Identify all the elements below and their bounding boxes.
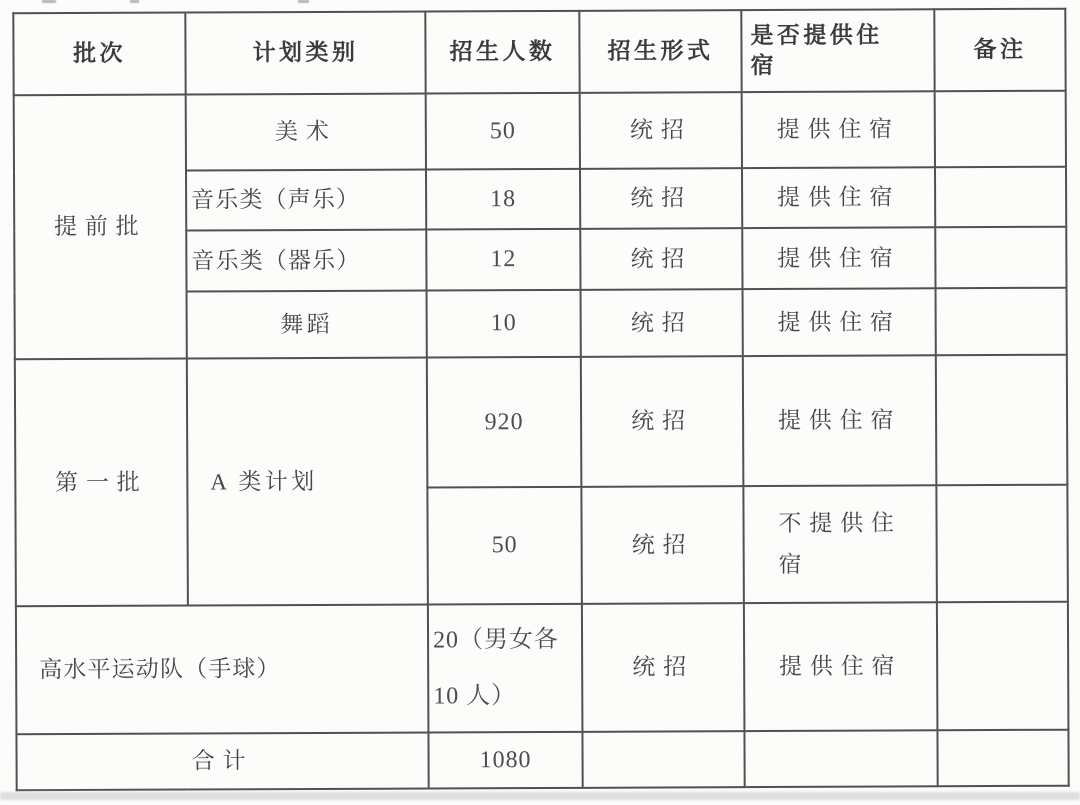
batch-cell-sports-team: 高水平运动队（手球）: [16, 604, 429, 734]
batch-cell-first: 第一批: [15, 359, 188, 607]
count-cell-plan-a-920: 920: [427, 357, 582, 488]
enrollment-plan-table: 批次 计划类别 招生人数 招生形式 是否提供住 宿 备注 提前批 美术 50 统…: [12, 8, 1069, 792]
housing-cell-art: 提供住宿: [742, 91, 935, 168]
count-cell-instrumental: 12: [426, 229, 580, 291]
scan-artifact: [298, 0, 309, 3]
housing-cell-dance: 提供住宿: [743, 288, 936, 356]
remark-cell-plan-a-920: [936, 355, 1068, 486]
housing-cell-plan-a-920: 提供住宿: [743, 355, 937, 486]
remark-cell-vocal: [935, 167, 1066, 228]
housing-cell-plan-a-50: 不提供住 宿: [743, 485, 937, 603]
table-row-plan-a-920: 第一批 A 类计划 920 统招 提供住宿: [15, 355, 1068, 490]
header-housing-text: 是否提供住 宿: [750, 21, 883, 81]
remark-cell-plan-a-50: [936, 485, 1068, 603]
remark-cell-dance: [936, 288, 1067, 356]
form-cell-vocal: 统招: [580, 168, 742, 229]
category-cell-dance: 舞蹈: [187, 290, 427, 358]
housing-cell-plan-a-50-text: 不提供住 宿: [778, 504, 902, 585]
count-cell-art: 50: [426, 93, 580, 170]
form-cell-plan-a-50: 统招: [581, 486, 744, 604]
header-row: 批次 计划类别 招生人数 招生形式 是否提供住 宿 备注: [13, 9, 1065, 96]
housing-cell-vocal: 提供住宿: [742, 167, 935, 228]
header-housing: 是否提供住 宿: [741, 9, 934, 92]
form-cell-plan-a-920: 统招: [581, 356, 744, 487]
count-cell-dance: 10: [427, 290, 581, 358]
total-housing-cell-empty: [744, 730, 937, 787]
remark-cell-instrumental: [935, 227, 1066, 289]
form-cell-instrumental: 统招: [580, 228, 742, 290]
housing-cell-instrumental: 提供住宿: [742, 227, 935, 289]
header-form: 招生形式: [579, 10, 741, 93]
table-row-sports-team: 高水平运动队（手球） 20（男女各 10 人） 统招 提供住宿: [16, 602, 1069, 735]
count-cell-sports-team: 20（男女各 10 人）: [428, 604, 583, 733]
total-form-cell-empty: [582, 731, 744, 788]
category-cell-instrumental: 音乐类（器乐）: [186, 229, 426, 291]
table-row-art: 提前批 美术 50 统招 提供住宿: [14, 91, 1066, 172]
total-remark-cell-empty: [937, 730, 1068, 787]
category-cell-art: 美术: [186, 94, 426, 171]
count-cell-sports-team-text: 20（男女各 10 人）: [433, 612, 559, 725]
header-count: 招生人数: [425, 11, 579, 94]
category-cell-plan-a: A 类计划: [187, 357, 428, 605]
count-cell-vocal: 18: [426, 169, 580, 230]
category-cell-vocal: 音乐类（声乐）: [186, 169, 426, 230]
header-batch: 批次: [13, 13, 185, 96]
total-label-cell: 合计: [16, 732, 428, 790]
scan-shadow-strip: [0, 792, 1080, 800]
housing-cell-sports-team: 提供住宿: [744, 602, 938, 731]
remark-cell-sports-team: [937, 602, 1069, 731]
form-cell-dance: 统招: [581, 289, 743, 357]
table-row-total: 合计 1080: [16, 730, 1068, 791]
form-cell-art: 统招: [580, 92, 742, 169]
batch-cell-early: 提前批: [14, 95, 187, 360]
scan-artifact: [42, 0, 56, 3]
total-count-cell: 1080: [428, 732, 582, 789]
form-cell-sports-team: 统招: [582, 603, 745, 732]
scan-artifact: [130, 0, 139, 3]
header-category: 计划类别: [185, 12, 425, 95]
header-remark: 备注: [934, 9, 1065, 92]
remark-cell-art: [935, 91, 1066, 168]
count-cell-plan-a-50: 50: [427, 487, 582, 605]
